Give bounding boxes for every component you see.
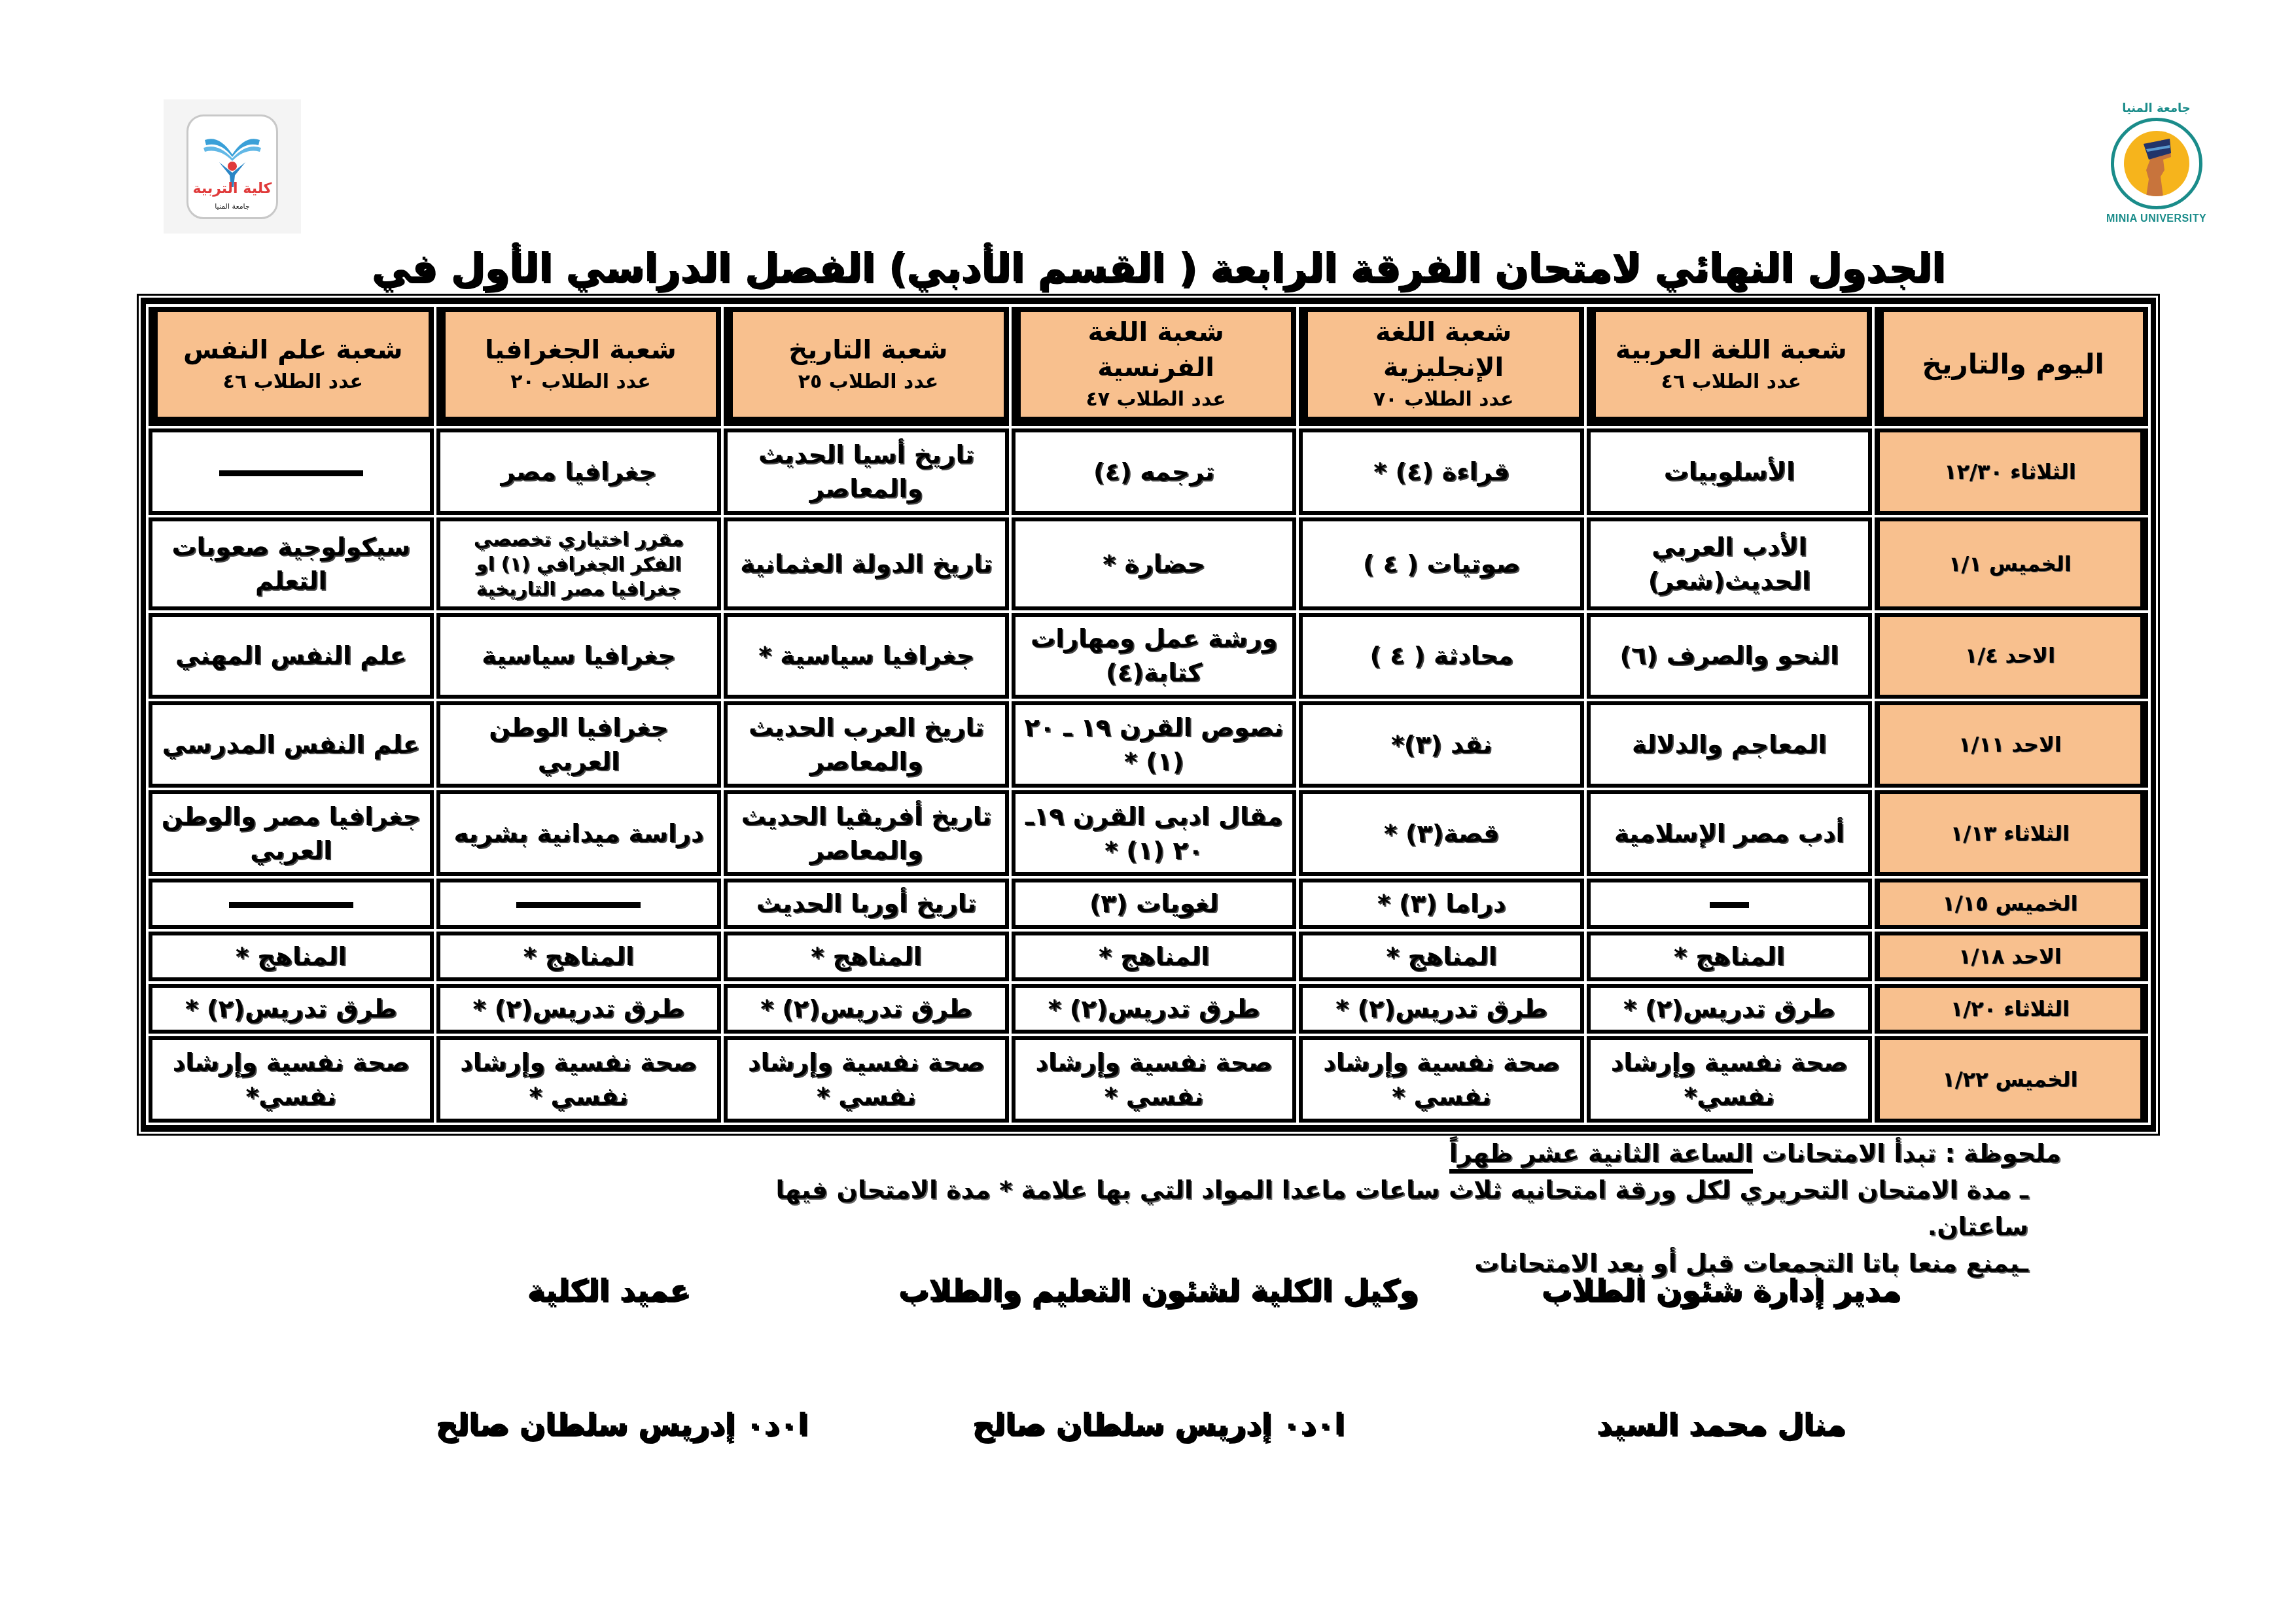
exam-cell: جغرافيا مصر (436, 428, 722, 515)
exam-cell: طرق تدريس(٢) * (436, 984, 722, 1034)
table-row: الثلاثاء ١/١٣ أدب مصر الإسلامية قصة(٣) *… (149, 790, 2148, 877)
day-cell: الثلاثاء ١٢/٣٠ (1875, 428, 2148, 515)
minia-university-logo: جامعة المنيا MINIA UNIVERSITY (2099, 118, 2214, 239)
exam-cell: طرق تدريس(٢) * (1299, 984, 1584, 1034)
column-name: شعبة الجغرافيا (452, 332, 710, 368)
exam-cell: مقرر اختياري تخصصي الفكر الجغرافي (١) او… (436, 517, 722, 610)
student-count: عدد الطلاب ٢٥ (739, 368, 997, 396)
table-row: الاحد ١/١١ المعاجم والدلالة نقد (٣)* نصو… (149, 701, 2148, 788)
column-name: شعبة اللغة الإنجليزية (1315, 315, 1572, 385)
signature-title-dean: عميد الكلية (484, 1272, 733, 1308)
exam-cell: لغويات (٣) (1012, 879, 1297, 928)
exam-cell: صحة نفسية وإرشاد نفسي* (149, 1036, 434, 1123)
no-exam-dash (1587, 879, 1872, 928)
table-row: الاحد ١/٤ النحو والصرف (٦) محادثة ( ٤ ) … (149, 613, 2148, 699)
exam-cell: طرق تدريس(٢) * (1012, 984, 1297, 1034)
table-row: الخميس ١/٢٢ صحة نفسية وإرشاد نفسي* صحة ن… (149, 1036, 2148, 1123)
exam-cell: علم النفس المهني (149, 613, 434, 699)
exam-cell: النحو والصرف (٦) (1587, 613, 1872, 699)
student-count: عدد الطلاب ٤٧ (1027, 385, 1285, 414)
student-count: عدد الطلاب ٤٦ (1602, 368, 1860, 396)
exam-schedule-table: اليوم والتاريخ شعبة اللغة العربيةعدد الط… (141, 298, 2156, 1132)
exam-cell: دراسة ميدانية بشريه (436, 790, 722, 877)
exam-cell: جغرافيا سياسية * (724, 613, 1009, 699)
exam-cell: صحة نفسية وإرشاد نفسي * (436, 1036, 722, 1123)
column-name: شعبة اللغة الفرنسية (1027, 315, 1285, 385)
exam-cell: الأسلوبيات (1587, 428, 1872, 515)
exam-cell: جغرافيا الوطن العربي (436, 701, 722, 788)
signature-title-student-affairs: مدير إدارة شئون الطلاب (1505, 1272, 1937, 1308)
exam-cell: تاريخ أسيا الحديث والمعاصر (724, 428, 1009, 515)
logo-ring: جامعة المنيا (2111, 118, 2202, 209)
university-name: جامعة المنيا (215, 202, 250, 211)
day-date-header: اليوم والتاريخ (1875, 307, 2148, 426)
table-row: الثلاثاء ١٢/٣٠ الأسلوبيات قراءة (٤) * تر… (149, 428, 2148, 515)
column-header-french: شعبة اللغة الفرنسيةعدد الطلاب ٤٧ (1012, 307, 1297, 426)
table-row: الخميس ١/١ الأدب العربي الحديث(شعر) صوتي… (149, 517, 2148, 610)
dash-line (219, 470, 363, 476)
column-name: شعبة التاريخ (739, 332, 997, 368)
logo-frame: كلية التربية جامعة المنيا (186, 114, 278, 219)
exam-cell: صوتيات ( ٤ ) (1299, 517, 1584, 610)
signature-name-dean: ا٠د٠ إدريس سلطان صالح (419, 1406, 824, 1442)
exam-cell: علم النفس المدرسي (149, 701, 434, 788)
exam-cell: صحة نفسية وإرشاد نفسي * (1299, 1036, 1584, 1123)
dash-line (516, 902, 641, 908)
signature-name-vice-dean: ا٠د٠ إدريس سلطان صالح (955, 1406, 1361, 1442)
exam-cell: تاريخ الدولة العثمانية (724, 517, 1009, 610)
university-arabic-name: جامعة المنيا (2122, 101, 2191, 115)
note-label: ملحوظة : تبدأ الامتحانات (1753, 1139, 2061, 1168)
column-header-english: شعبة اللغة الإنجليزيةعدد الطلاب ٧٠ (1299, 307, 1584, 426)
exam-cell: محادثة ( ٤ ) (1299, 613, 1584, 699)
university-english-name: MINIA UNIVERSITY (2106, 213, 2206, 225)
exam-cell: المناهج * (1299, 932, 1584, 981)
exam-cell: طرق تدريس(٢) * (149, 984, 434, 1034)
table-row: الخميس ١/١٥ دراما (٣) * لغويات (٣) تاريخ… (149, 879, 2148, 928)
day-cell: الثلاثاء ١/١٣ (1875, 790, 2148, 877)
day-cell: الخميس ١/١٥ (1875, 879, 2148, 928)
exam-cell: المناهج * (724, 932, 1009, 981)
exam-cell: طرق تدريس(٢) * (724, 984, 1009, 1034)
day-cell: الاحد ١/١٨ (1875, 932, 2148, 981)
exam-cell: تاريخ أوربا الحديث (724, 879, 1009, 928)
exam-cell: صحة نفسية وإرشاد نفسي * (724, 1036, 1009, 1123)
exam-cell: المناهج * (149, 932, 434, 981)
exam-cell: حضارة * (1012, 517, 1297, 610)
dash-line (1710, 902, 1749, 908)
no-exam-dash (149, 428, 434, 515)
no-exam-dash (149, 879, 434, 928)
exam-cell: سيكولوجية صعوبات التعلم (149, 517, 434, 610)
exam-cell: أدب مصر الإسلامية (1587, 790, 1872, 877)
student-count: عدد الطلاب ٢٠ (452, 368, 710, 396)
exam-cell: قصة(٣) * (1299, 790, 1584, 877)
day-cell: الاحد ١/٤ (1875, 613, 2148, 699)
table-header-row: اليوم والتاريخ شعبة اللغة العربيةعدد الط… (149, 307, 2148, 426)
exam-cell: جغرافيا مصر والوطن العربي (149, 790, 434, 877)
exam-cell: نقد (٣)* (1299, 701, 1584, 788)
column-name: شعبة اللغة العربية (1602, 332, 1860, 368)
table-row: الاحد ١/١٨ المناهج * المناهج * المناهج *… (149, 932, 2148, 981)
start-time-note: ملحوظة : تبدأ الامتحانات الساعة الثانية … (752, 1135, 2074, 1172)
exam-cell: قراءة (٤) * (1299, 428, 1584, 515)
faculty-of-education-logo: كلية التربية جامعة المنيا (164, 99, 301, 234)
day-cell: الخميس ١/٢٢ (1875, 1036, 2148, 1123)
notes-section: ملحوظة : تبدأ الامتحانات الساعة الثانية … (752, 1135, 2074, 1282)
duration-note: ـ مدة الامتحان التحريري لكل ورقة امتحاني… (752, 1172, 2074, 1245)
exam-cell: جغرافيا سياسية (436, 613, 722, 699)
start-time: الساعة الثانية عشر ظهراً (1449, 1139, 1754, 1174)
exam-cell: تاريخ العرب الحديث والمعاصر (724, 701, 1009, 788)
column-header-psychology: شعبة علم النفسعدد الطلاب ٤٦ (149, 307, 434, 426)
exam-cell: ورشة عمل ومهارات كتابة(٤) (1012, 613, 1297, 699)
signature-title-vice-dean: وكيل الكلية لشئون التعليم والطلاب (870, 1272, 1446, 1308)
exam-cell: المناهج * (436, 932, 722, 981)
column-header-history: شعبة التاريخعدد الطلاب ٢٥ (724, 307, 1009, 426)
exam-cell: مقال ادبى القرن ١٩ـ ٢٠ (١) * (1012, 790, 1297, 877)
student-count: عدد الطلاب ٧٠ (1315, 385, 1572, 414)
dash-line (229, 902, 353, 908)
exam-cell: صحة نفسية وإرشاد نفسي* (1587, 1036, 1872, 1123)
day-cell: الخميس ١/١ (1875, 517, 2148, 610)
exam-cell: تاريخ أفريقيا الحديث والمعاصر (724, 790, 1009, 877)
exam-cell: دراما (٣) * (1299, 879, 1584, 928)
exam-cell: المناهج * (1012, 932, 1297, 981)
exam-cell: صحة نفسية وإرشاد نفسي * (1012, 1036, 1297, 1123)
exam-cell: نصوص القرن ١٩ ـ ٢٠ (١) * (1012, 701, 1297, 788)
exam-cell: الأدب العربي الحديث(شعر) (1587, 517, 1872, 610)
exam-cell: المناهج * (1587, 932, 1872, 981)
column-header-arabic: شعبة اللغة العربيةعدد الطلاب ٤٦ (1587, 307, 1872, 426)
exam-cell: طرق تدريس(٢) * (1587, 984, 1872, 1034)
column-header-geography: شعبة الجغرافياعدد الطلاب ٢٠ (436, 307, 722, 426)
college-name: كلية التربية (193, 181, 272, 197)
exam-cell: ترجمه (٤) (1012, 428, 1297, 515)
day-cell: الاحد ١/١١ (1875, 701, 2148, 788)
day-cell: الثلاثاء ١/٢٠ (1875, 984, 2148, 1034)
nefertiti-emblem-icon (2124, 131, 2189, 196)
column-name: شعبة علم النفس (164, 332, 422, 368)
exam-cell: المعاجم والدلالة (1587, 701, 1872, 788)
table-row: الثلاثاء ١/٢٠ طرق تدريس(٢) * طرق تدريس(٢… (149, 984, 2148, 1034)
open-book-person-icon (200, 128, 265, 187)
student-count: عدد الطلاب ٤٦ (164, 368, 422, 396)
signature-name-student-affairs: منال محمد السيد (1538, 1406, 1904, 1442)
no-exam-dash (436, 879, 722, 928)
